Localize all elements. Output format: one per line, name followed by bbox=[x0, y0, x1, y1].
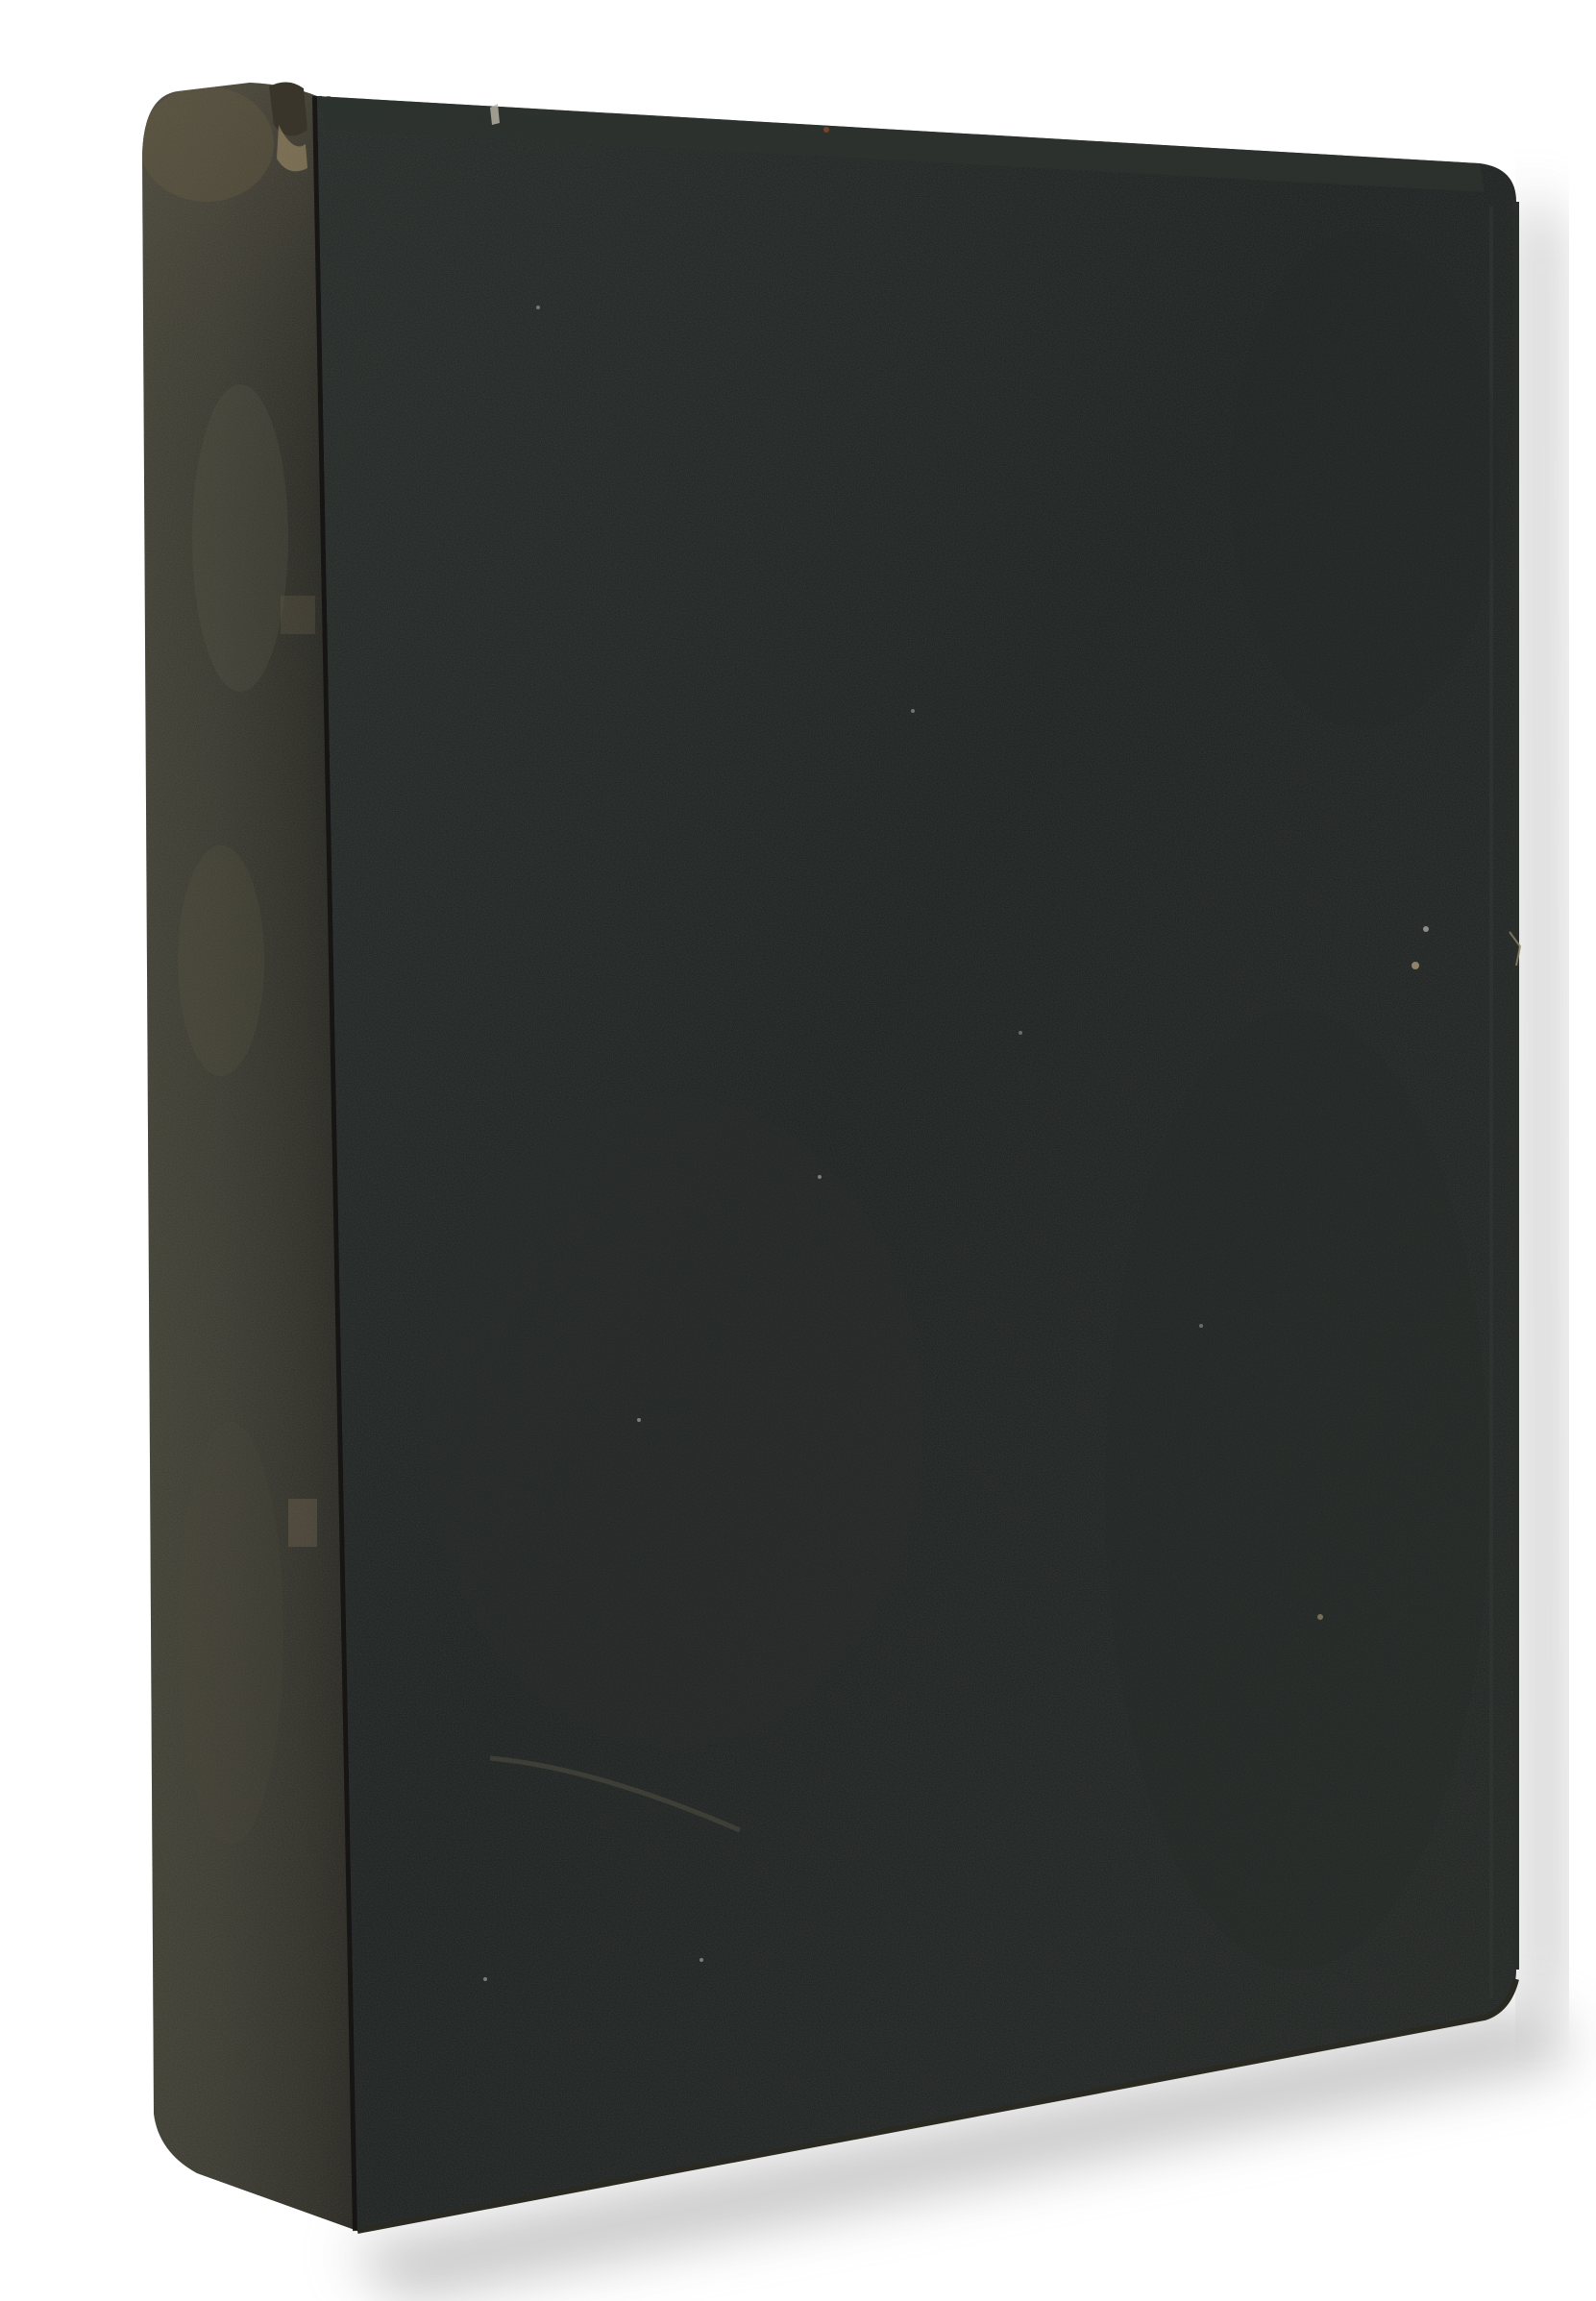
book-illustration bbox=[0, 0, 1596, 2301]
book-front-cover bbox=[307, 86, 1528, 2239]
book-photo: Antique cloth-bound hardcover book, stan… bbox=[0, 0, 1596, 2301]
